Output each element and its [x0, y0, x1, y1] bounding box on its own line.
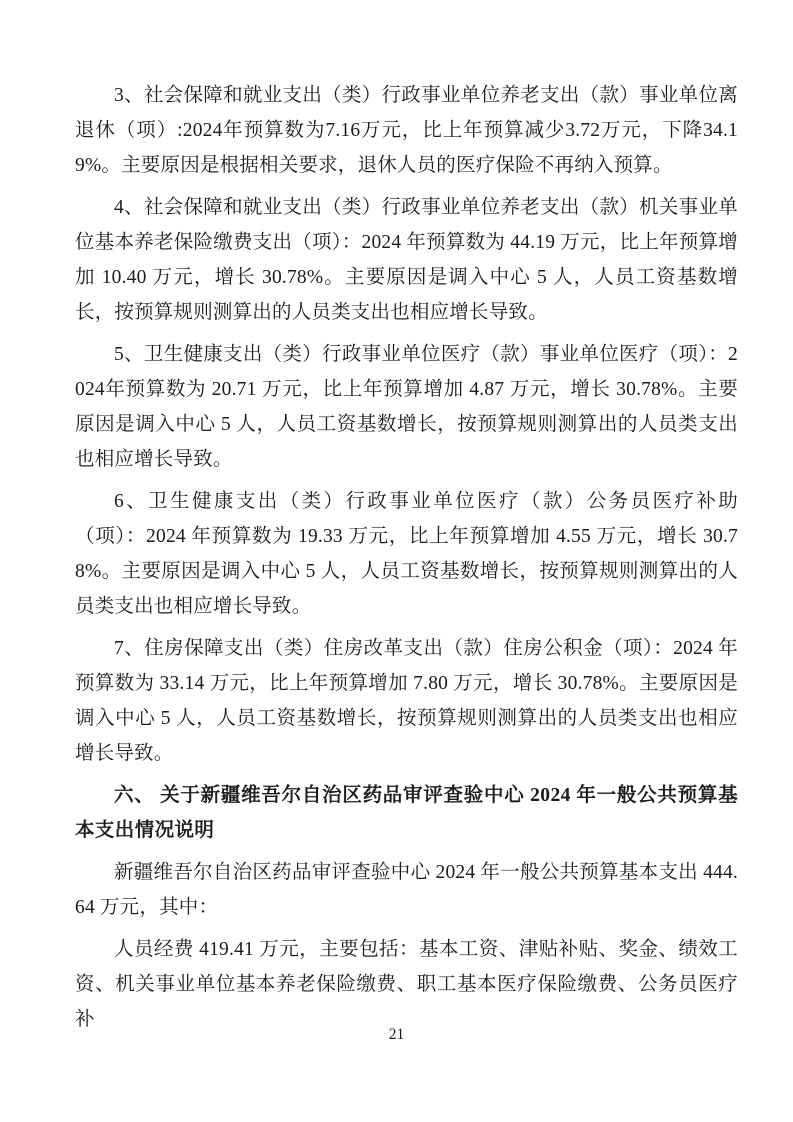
body-paragraph: 4、社会保障和就业支出（类）行政事业单位养老支出（款）机关事业单位基本养老保险缴…	[75, 190, 738, 330]
page-number: 21	[0, 1026, 793, 1044]
section-heading: 六、 关于新疆维吾尔自治区药品审评查验中心 2024 年一般公共预算基本支出情况…	[75, 778, 738, 848]
body-paragraph: 6、卫生健康支出（类）行政事业单位医疗（款）公务员医疗补助（项）：2024 年预…	[75, 484, 738, 624]
body-paragraph: 3、社会保障和就业支出（类）行政事业单位养老支出（款）事业单位离退休（项）:20…	[75, 78, 738, 183]
body-paragraph: 7、住房保障支出（类）住房改革支出（款）住房公积金（项）：2024 年预算数为 …	[75, 631, 738, 771]
body-paragraph: 新疆维吾尔自治区药品审评查验中心 2024 年一般公共预算基本支出 444.64…	[75, 855, 738, 925]
body-paragraph: 5、卫生健康支出（类）行政事业单位医疗（款）事业单位医疗（项）：2024年预算数…	[75, 337, 738, 477]
document-body: 3、社会保障和就业支出（类）行政事业单位养老支出（款）事业单位离退休（项）:20…	[75, 78, 738, 1037]
body-paragraph: 人员经费 419.41 万元，主要包括：基本工资、津贴补贴、奖金、绩效工资、机关…	[75, 932, 738, 1037]
document-page: 3、社会保障和就业支出（类）行政事业单位养老支出（款）事业单位离退休（项）:20…	[0, 0, 793, 1122]
